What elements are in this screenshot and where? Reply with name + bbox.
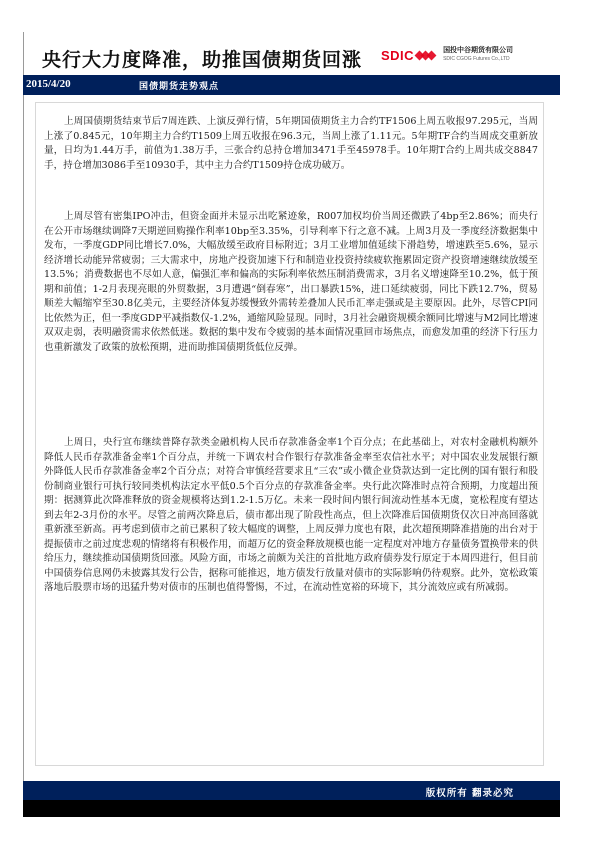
document-title: 央行大力度降准，助推国债期货回涨 <box>42 45 362 72</box>
logo-text: 国投中谷期货有限公司 SDIC CGOG Futures Co.,LTD <box>443 46 513 64</box>
paragraph-rrr-cut: 上周日，央行宣布继续普降存款类金融机构人民币存款准备金率1个百分点；在此基础上，… <box>44 436 538 596</box>
footer-bar: 版权所有 翻录必究 <box>23 781 560 800</box>
paragraph-market-review: 上周国债期货结束节后7周连跌、上演反弹行情，5年期国债期货主力合约TF1506上… <box>44 115 538 173</box>
page-left-border <box>23 32 24 817</box>
content-box: 上周国债期货结束节后7周连跌、上演反弹行情，5年期国债期货主力合约TF1506上… <box>35 102 544 766</box>
logo-brand: SDIC <box>381 48 414 63</box>
footer-black-band <box>23 800 560 817</box>
report-date: 2015/4/20 <box>26 78 71 90</box>
company-logo: SDIC 国投中谷期货有限公司 SDIC CGOG Futures Co.,LT… <box>381 46 513 64</box>
logo-company-en: SDIC CGOG Futures Co.,LTD <box>443 55 513 64</box>
diamond-logo-icon <box>417 52 435 59</box>
copyright-notice: 版权所有 翻录必究 <box>426 785 514 799</box>
section-title: 国债期货走势观点 <box>139 79 219 92</box>
logo-company-cn: 国投中谷期货有限公司 <box>443 46 513 55</box>
paragraph-macro-data: 上周尽管有密集IPO冲击，但资金面并未显示出吃紧迹象，R007加权均价当周还微跌… <box>44 210 538 355</box>
header-bar: 2015/4/20 国债期货走势观点 <box>23 75 560 95</box>
